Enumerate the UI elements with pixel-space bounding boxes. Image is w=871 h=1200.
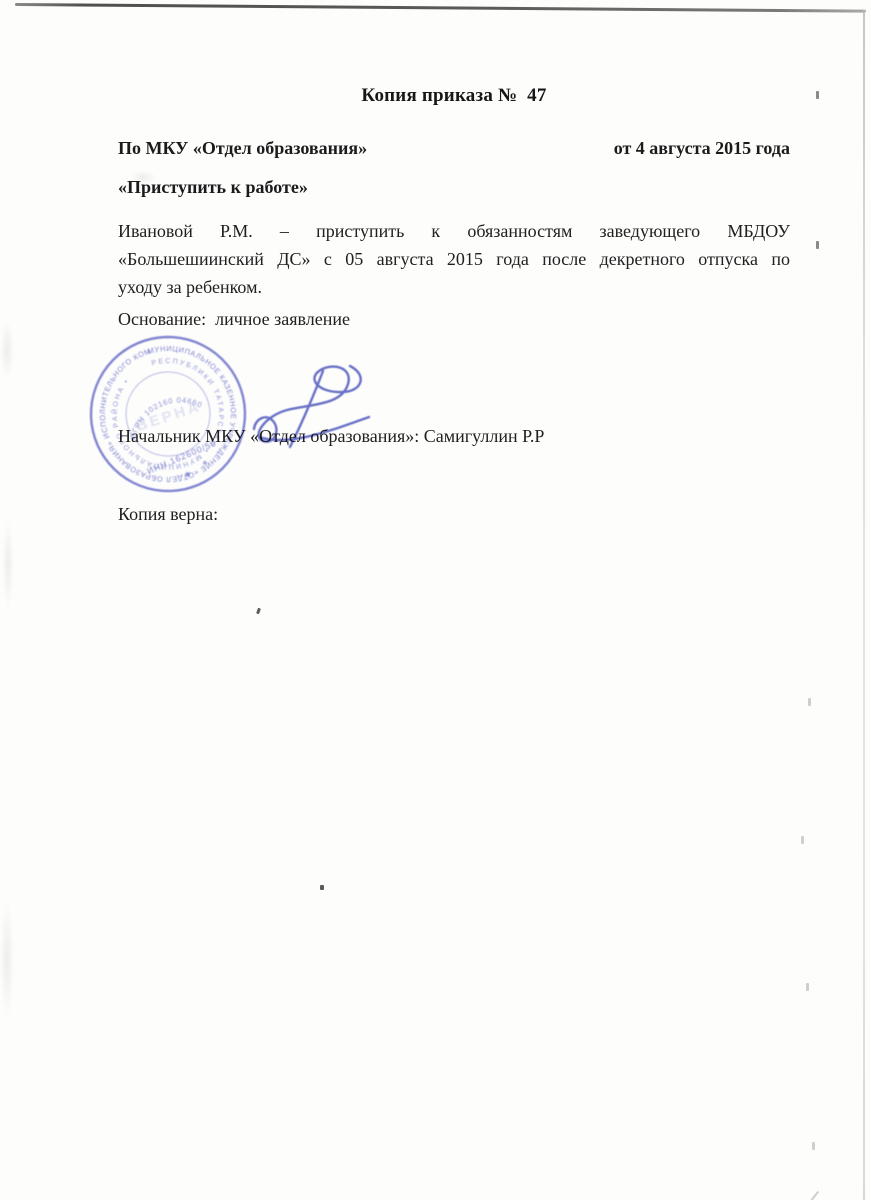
scan-artifact-right-edge-line [863,10,865,1200]
scan-artifact-tick-mark [806,983,809,991]
order-body-paragraph: Ивановой Р.М. – приступить к обязанностя… [118,217,790,301]
scan-artifact-top-edge-line [15,3,866,13]
body-line: уходу за ребенком. [118,273,790,301]
body-line: Ивановой Р.М. – приступить к обязанностя… [118,217,790,245]
scan-artifact-smudge [0,900,14,1020]
signoff-chief-line: Начальник МКУ «Отдел образования»: Самиг… [118,423,544,449]
document-title: Копия приказа № 47 [118,85,790,107]
scan-artifact-smudge [2,520,14,610]
scan-artifact-corner-mark [809,1191,819,1200]
signoff-block: Начальник МКУ «Отдел образования»: Самиг… [118,371,544,579]
issuing-organization: По МКУ «Отдел образования» [118,138,367,159]
scan-artifact-tick-mark [812,1142,815,1150]
body-line: «Большешиинский ДС» с 05 августа 2015 го… [118,245,790,273]
copy-certified-line: Копия верна: [118,501,544,527]
scanned-document-page: Копия приказа № 47 По МКУ «Отдел образов… [0,0,871,1200]
basis-line: Основание: личное заявление [118,309,350,330]
scan-artifact-speck [256,608,261,615]
scan-artifact-tick-mark [816,91,819,99]
document-header-row: По МКУ «Отдел образования» от 4 августа … [118,138,790,159]
order-date: от 4 августа 2015 года [614,138,790,159]
scan-artifact-tick-mark [816,241,819,249]
scan-artifact-speck [320,885,324,890]
order-subject: «Приступить к работе» [118,177,308,198]
scan-artifact-tick-mark [801,836,804,844]
scan-artifact-tick-mark [808,698,811,706]
scan-artifact-smudge [0,320,14,380]
